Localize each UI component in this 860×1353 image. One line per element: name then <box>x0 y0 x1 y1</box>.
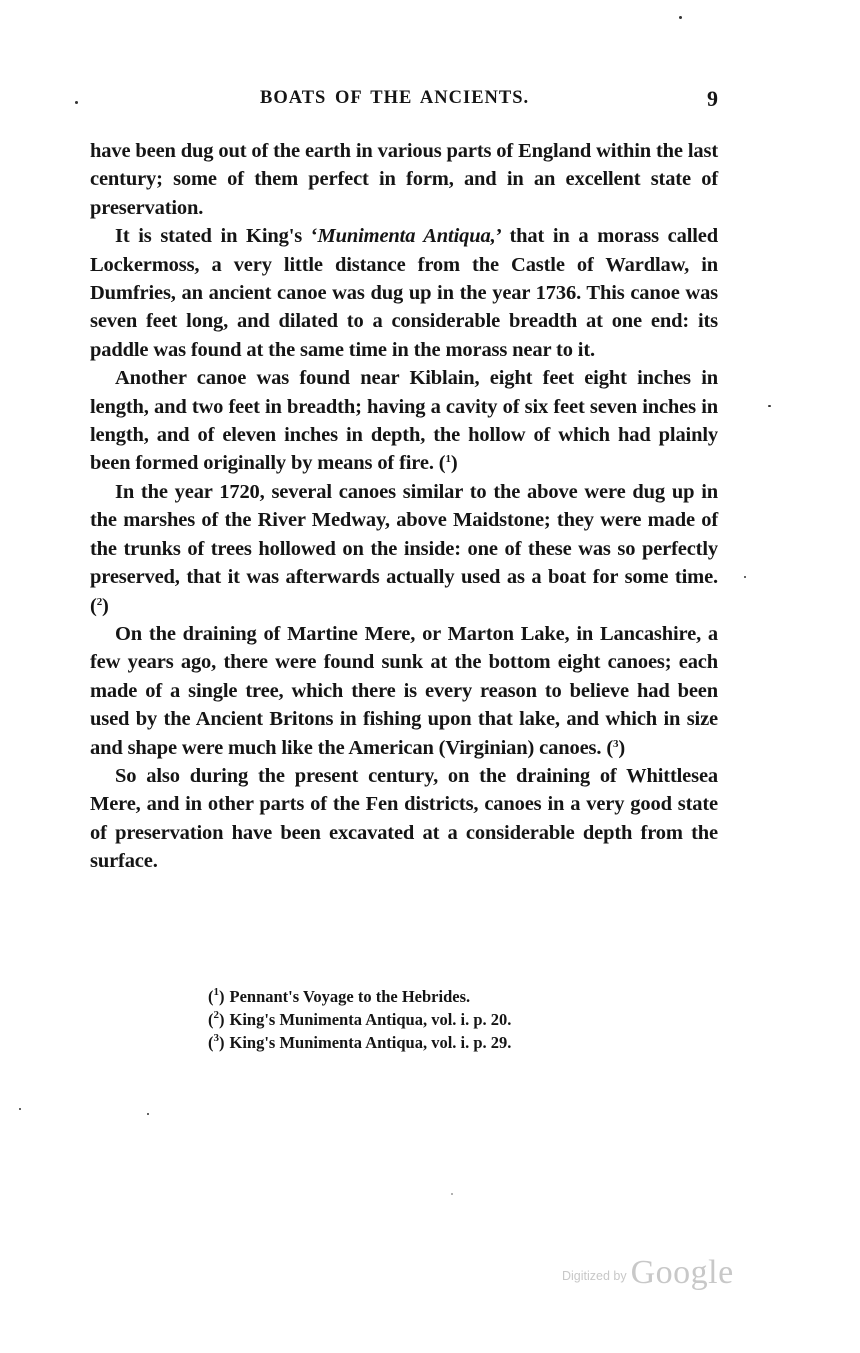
watermark-prefix: Digitized by <box>562 1269 627 1283</box>
paragraph-text: It is stated in King's ‘ <box>115 225 318 247</box>
footnote-1: (1)Pennant's Voyage to the Hebrides. <box>208 985 511 1008</box>
scan-speck <box>147 1113 149 1115</box>
scan-speck <box>19 1108 21 1110</box>
footnote-mark: (1) <box>208 987 225 1006</box>
paragraph-text: So also during the present century, on t… <box>90 765 718 872</box>
book-title-italic: Munimenta Antiqua, <box>318 225 496 247</box>
footnote-mark: (3) <box>208 1033 225 1052</box>
paren-close: ) <box>219 1033 225 1052</box>
body-text: have been dug out of the earth in variou… <box>90 137 718 876</box>
scan-speck <box>768 405 771 407</box>
paragraph-text: In the year 1720, several canoes similar… <box>90 481 718 617</box>
paren-close: ) <box>618 737 625 759</box>
paragraph-text: Another canoe was found near Kiblain, ei… <box>90 367 718 474</box>
paragraph-kiblain: Another canoe was found near Kiblain, ei… <box>90 364 718 478</box>
footnote-2: (2)King's Munimenta Antiqua, vol. i. p. … <box>208 1008 511 1031</box>
running-title: BOATS OF THE ANCIENTS. <box>260 88 529 109</box>
paren-close: ) <box>219 1010 225 1029</box>
paragraph-medway: In the year 1720, several canoes similar… <box>90 478 718 620</box>
paren-close: ) <box>102 595 109 617</box>
paragraph-martine-mere: On the draining of Martine Mere, or Mart… <box>90 620 718 762</box>
footnotes: (1)Pennant's Voyage to the Hebrides. (2)… <box>208 985 511 1054</box>
digitized-by-google-watermark: Digitized by Google <box>562 1254 734 1292</box>
footnote-text: Pennant's Voyage to the Hebrides. <box>230 987 471 1006</box>
scan-speck <box>679 16 682 19</box>
paren-close: ) <box>451 452 458 474</box>
paragraph-text: have been dug out of the earth in variou… <box>90 140 718 219</box>
book-page: BOATS OF THE ANCIENTS. 9 have been dug o… <box>0 0 860 1353</box>
footnote-3: (3)King's Munimenta Antiqua, vol. i. p. … <box>208 1031 511 1054</box>
running-head: BOATS OF THE ANCIENTS. 9 <box>90 88 718 116</box>
scan-speck <box>75 101 78 104</box>
footnote-text: King's Munimenta Antiqua, vol. i. p. 20. <box>230 1010 512 1029</box>
scan-speck <box>744 576 746 578</box>
footnote-text: King's Munimenta Antiqua, vol. i. p. 29. <box>230 1033 512 1052</box>
page-number: 9 <box>707 86 718 112</box>
paragraph-lockermoss: It is stated in King's ‘Munimenta Antiqu… <box>90 222 718 364</box>
paragraph-continuation: have been dug out of the earth in variou… <box>90 137 718 222</box>
footnote-mark: (2) <box>208 1010 225 1029</box>
scan-speck <box>451 1193 453 1195</box>
paragraph-whittlesea: So also during the present century, on t… <box>90 762 718 876</box>
google-logo-text: Google <box>631 1254 734 1291</box>
paren-close: ) <box>219 987 225 1006</box>
